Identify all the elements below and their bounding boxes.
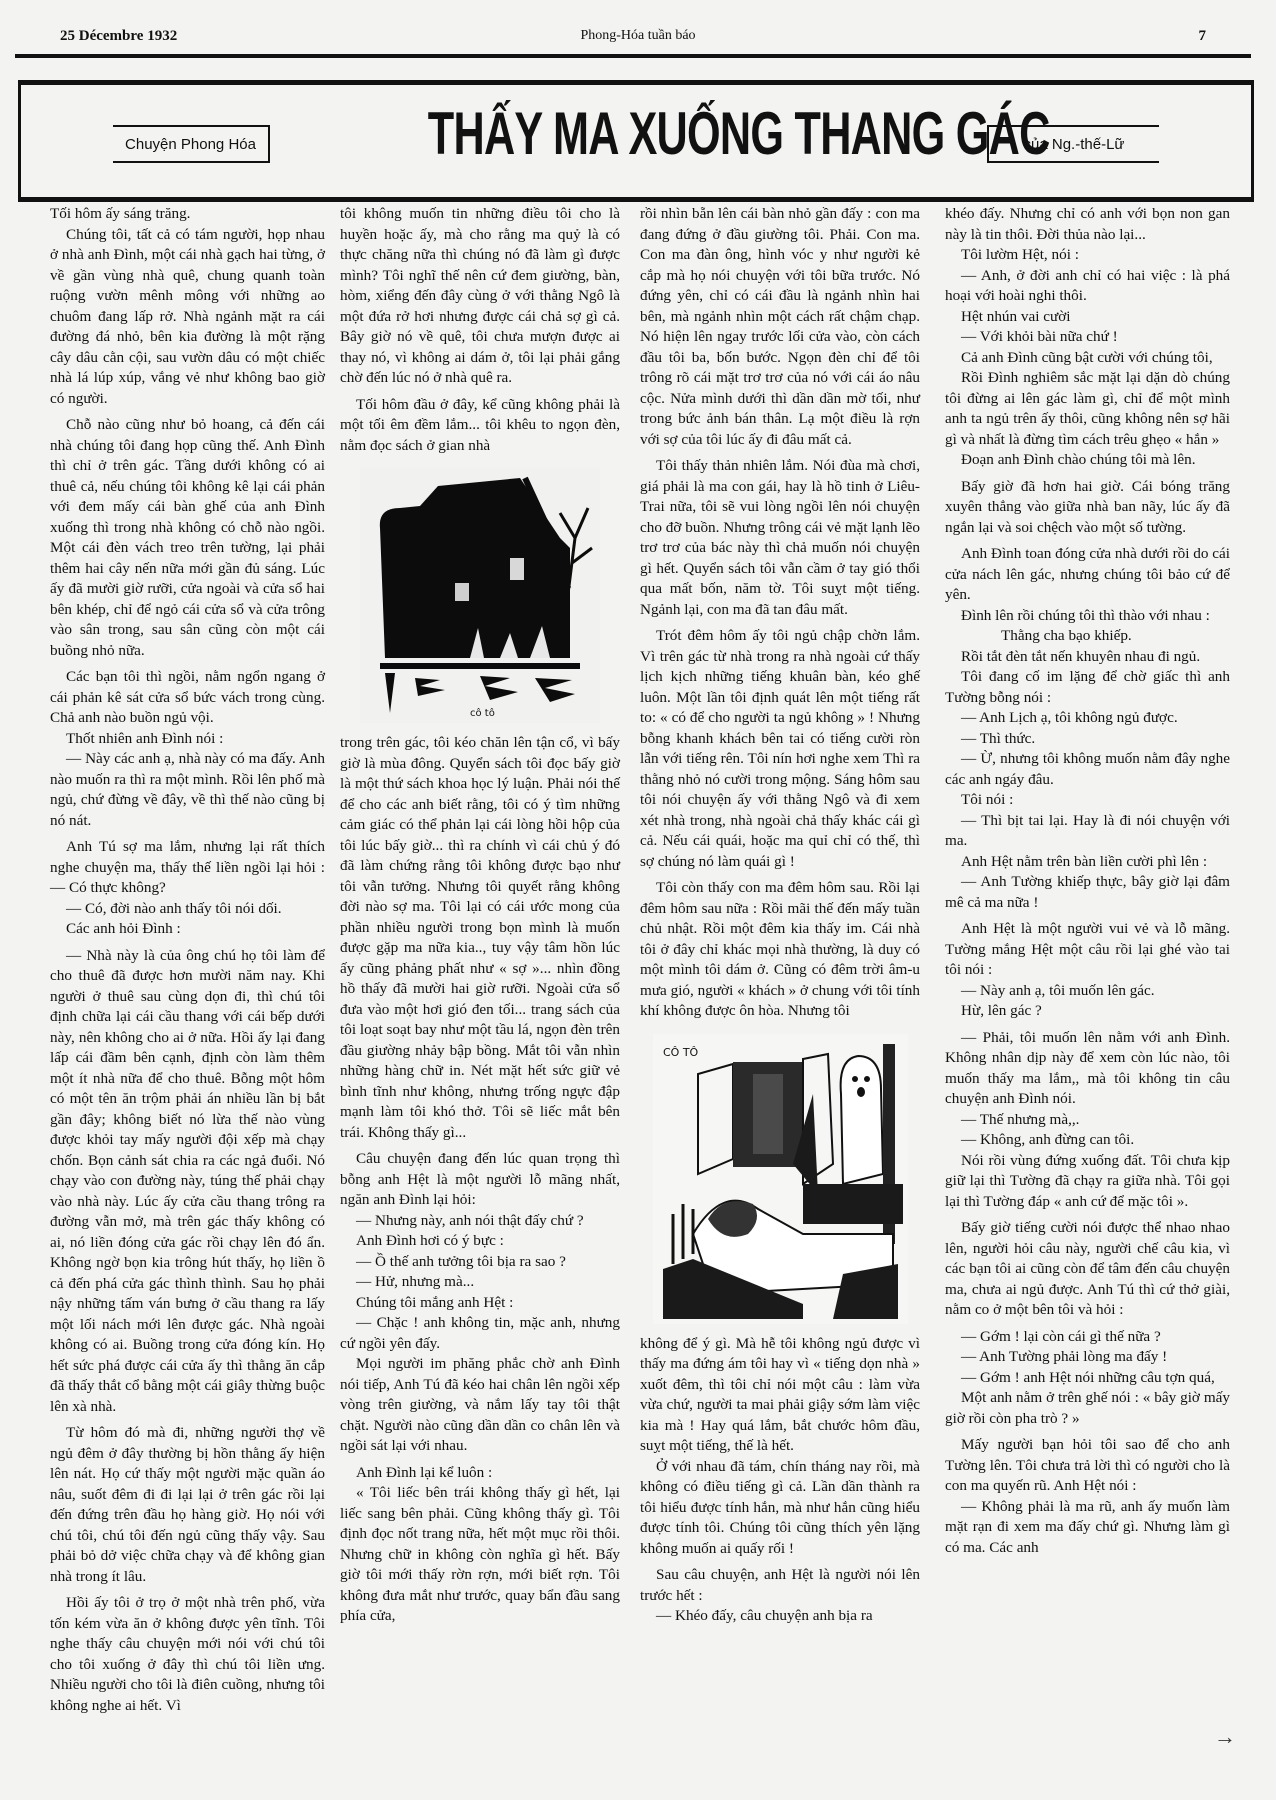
paragraph: tôi không muốn tin những điều tôi cho là…: [340, 204, 620, 389]
section-label: Chuyện Phong Hóa: [113, 125, 270, 163]
paragraph: Sau câu chuyện, anh Hệt là người nói lên…: [640, 1565, 920, 1606]
paragraph: Tôi lườm Hệt, nói :: [945, 245, 1230, 266]
paragraph: Mọi người im phăng phắc chờ anh Đình nói…: [340, 1354, 620, 1457]
paragraph: Hệt nhún vai cười: [945, 307, 1230, 328]
dialogue-line: — Gớm ! anh Hệt nói những câu tợn quá,: [945, 1368, 1230, 1389]
paragraph: Chúng tôi mắng anh Hệt :: [340, 1293, 620, 1314]
dialogue-line: — Hử, nhưng mà...: [340, 1272, 620, 1293]
publication-name: Phong-Hóa tuần báo: [580, 28, 695, 44]
header-rule: [15, 54, 1251, 58]
dialogue-line: — Phải, tôi muốn lên nằm với anh Đình. K…: [945, 1028, 1230, 1110]
page-number: 7: [1199, 28, 1207, 45]
column-1: Tối hôm ấy sáng trăng. Chúng tôi, tất cả…: [50, 204, 325, 1716]
byline: của Ng.-thế-Lữ: [987, 125, 1159, 163]
paragraph: Nói rồi vùng đứng xuống đất. Tôi chưa kị…: [945, 1151, 1230, 1213]
dialogue-line: — Thì thức.: [945, 729, 1230, 750]
paragraph: trong trên gác, tôi kéo chăn lên tận cổ,…: [340, 733, 620, 1143]
ghost-bed-icon: CÔ TÔ: [653, 1034, 908, 1324]
haunted-house-icon: cô tô: [360, 468, 600, 723]
paragraph: Tối hôm đầu ở đây, kể cũng không phải là…: [340, 395, 620, 457]
paragraph: Tối hôm ấy sáng trăng.: [50, 204, 325, 225]
column-4: khéo đấy. Nhưng chỉ có anh với bọn non g…: [945, 204, 1230, 1558]
svg-text:cô tô: cô tô: [470, 707, 495, 719]
dialogue-line: — Thế nhưng mà,,.: [945, 1110, 1230, 1131]
paragraph: Trót đêm hôm ấy tôi ngủ chập chờn lắm. V…: [640, 626, 920, 872]
paragraph: Tôi đang cố im lặng để chờ giấc thì anh …: [945, 667, 1230, 708]
issue-date: 25 Décembre 1932: [60, 28, 177, 45]
dialogue-line: — Chặc ! anh không tin, mặc anh, nhưng c…: [340, 1313, 620, 1354]
dialogue-line: — Ừ, nhưng tôi không muốn nằm đây nghe c…: [945, 749, 1230, 790]
paragraph: khéo đấy. Nhưng chỉ có anh với bọn non g…: [945, 204, 1230, 245]
paragraph: Chúng tôi, tất cả có tám người, họp nhau…: [50, 225, 325, 410]
column-3: rồi nhìn bẵn lên cái bàn nhỏ gần đấy : c…: [640, 204, 920, 1627]
dialogue-line: — Nhưng này, anh nói thật đấy chứ ?: [340, 1211, 620, 1232]
dialogue-line: — Thì bịt tai lại. Hay là đi nói chuyện …: [945, 811, 1230, 852]
paragraph: — Có, đời nào anh thấy tôi nói dối.: [50, 899, 325, 920]
paragraph: Các bạn tôi thì ngồi, nằm ngổn ngang ở c…: [50, 667, 325, 729]
paragraph: Tôi nói :: [945, 790, 1230, 811]
paragraph: — Nhà này là của ông chú họ tôi làm để c…: [50, 946, 325, 1418]
paragraph: Đình lên rồi chúng tôi thì thào với nhau…: [945, 606, 1230, 627]
paragraph: Thốt nhiên anh Đình nói :: [50, 729, 325, 750]
dialogue-line: — Khéo đấy, câu chuyện anh bịa ra: [640, 1606, 920, 1627]
paragraph: Rồi tắt đèn tắt nến khuyên nhau đi ngủ.: [945, 647, 1230, 668]
title-block: Chuyện Phong Hóa THẤY MA XUỐNG THANG GÁC…: [18, 80, 1254, 202]
dialogue-line: — Không phải là ma rũ, anh ấy muốn làm m…: [945, 1497, 1230, 1559]
paragraph: — Này các anh ạ, nhà này có ma đấy. Anh …: [50, 749, 325, 831]
dialogue-line: — Gớm ! lại còn cái gì thế nữa ?: [945, 1327, 1230, 1348]
paragraph: Một anh nằm ở trên ghế nói : « bây giờ m…: [945, 1388, 1230, 1429]
haunted-house-illustration: cô tô: [360, 468, 600, 723]
paragraph: Anh Đình toan đóng cửa nhà dưới rồi do c…: [945, 544, 1230, 606]
paragraph: Cả anh Đình cũng bật cười với chúng tôi,: [945, 348, 1230, 369]
paragraph: Hồi ấy tôi ở trọ ở một nhà trên phố, vừa…: [50, 1593, 325, 1716]
svg-text:CÔ TÔ: CÔ TÔ: [663, 1046, 699, 1059]
paragraph: không để ý gì. Mà hễ tôi không ngủ được …: [640, 1334, 920, 1457]
running-head: 25 Décembre 1932 Phong-Hóa tuần báo 7: [60, 28, 1216, 48]
dialogue-line: — Anh Tường phải lòng ma đấy !: [945, 1347, 1230, 1368]
paragraph: « Tôi liếc bên trái không thấy gì hết, l…: [340, 1483, 620, 1627]
dialogue-line: — Anh Tường khiếp thực, bây giờ lại đâm …: [945, 872, 1230, 913]
paragraph: Bấy giờ tiếng cười nói được thể nhao nha…: [945, 1218, 1230, 1321]
paragraph: rồi nhìn bẵn lên cái bàn nhỏ gần đấy : c…: [640, 204, 920, 450]
paragraph: Ở với nhau đã tám, chín tháng nay rồi, m…: [640, 1457, 920, 1560]
continued-arrow-icon: →: [1214, 1724, 1236, 1750]
paragraph: Tôi thấy thản nhiên lắm. Nói đùa mà chơi…: [640, 456, 920, 620]
story-title: THẤY MA XUỐNG THANG GÁC: [428, 99, 874, 168]
paragraph: Từ hôm đó mà đi, những người thợ về ngủ …: [50, 1423, 325, 1587]
paragraph: Mấy người bạn hỏi tôi sao để cho anh Tườ…: [945, 1435, 1230, 1497]
paragraph: Anh Đình lại kể luôn :: [340, 1463, 620, 1484]
paragraph: Các anh hỏi Đình :: [50, 919, 325, 940]
dialogue-line: — Anh, ở đời anh chỉ có hai việc : là ph…: [945, 266, 1230, 307]
dialogue-line: — Với khỏi bài nữa chứ !: [945, 327, 1230, 348]
dialogue-line: — Này anh ạ, tôi muốn lên gác.: [945, 981, 1230, 1002]
paragraph: Câu chuyện đang đến lúc quan trọng thì b…: [340, 1149, 620, 1211]
dialogue-line: — Ồ thế anh tưởng tôi bịa ra sao ?: [340, 1252, 620, 1273]
dialogue-line: — Anh Lịch ạ, tôi không ngủ được.: [945, 708, 1230, 729]
paragraph: Rồi Đình nghiêm sắc mặt lại dặn dò chúng…: [945, 368, 1230, 450]
dialogue-line: Hừ, lên gác ?: [945, 1001, 1230, 1022]
paragraph: Anh Hệt là một người vui vẻ và lỗ mãng. …: [945, 919, 1230, 981]
paragraph: Đoạn anh Đình chào chúng tôi mà lên.: [945, 450, 1230, 471]
ghost-bedside-illustration: CÔ TÔ: [653, 1034, 908, 1324]
paragraph: Tôi còn thấy con ma đêm hôm sau. Rồi lại…: [640, 878, 920, 1022]
paragraph: Bấy giờ đã hơn hai giờ. Cái bóng trăng x…: [945, 477, 1230, 539]
column-2: tôi không muốn tin những điều tôi cho là…: [340, 204, 620, 1627]
dialogue-line: Thằng cha bạo khiếp.: [945, 626, 1230, 647]
dialogue-line: — Không, anh đừng can tôi.: [945, 1130, 1230, 1151]
paragraph: Chỗ nào cũng như bỏ hoang, cả đến cái nh…: [50, 415, 325, 661]
paragraph: Anh Hệt nằm trên bàn liền cười phì lên :: [945, 852, 1230, 873]
paragraph: Anh Đình hơi có ý bực :: [340, 1231, 620, 1252]
paragraph: Anh Tú sợ ma lắm, nhưng lại rất thích ng…: [50, 837, 325, 899]
